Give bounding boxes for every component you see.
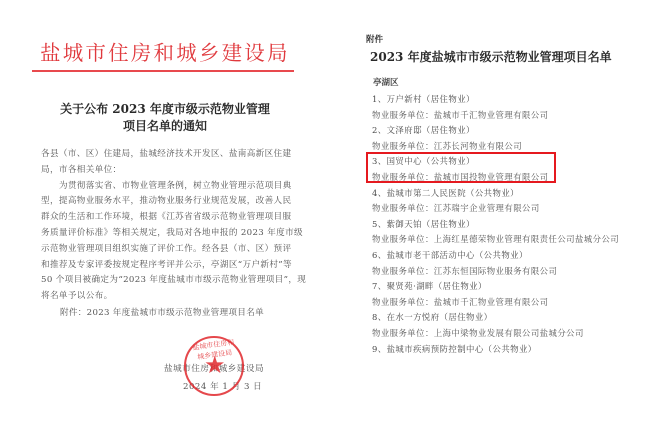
body-line: 各县（市、区）住建局，盐城经济技术开发区、盐南高新区住建 [41, 147, 286, 163]
annex-label: 附件 [366, 33, 383, 45]
seal-star-icon: ★ [204, 353, 226, 377]
project-list: 1、万户新村（居住物业） 物业服务单位：盐城市千汇物业管理有限公司 2、文泽府邸… [372, 92, 642, 357]
body-line: 50 个项目被确定为“2023 年度盐城市市级示范物业管理项目”，现 [41, 273, 286, 289]
body-line: 和推荐及专家评委按规定程序考评并公示，亭湖区“万户新村”等 [41, 258, 286, 274]
body-line: 群众的生活和工作环境，根据《江苏省省级示范物业管理项目服 [41, 210, 286, 226]
project-item: 1、万户新村（居住物业） [372, 92, 642, 108]
body-line: 将名单予以公布。 [41, 289, 286, 305]
body-line: 型，提高物业服务水平，推动物业服务行业规范发展，改善人民 [41, 194, 286, 210]
project-item: 6、盐城市老干部活动中心（公共物业） [372, 248, 642, 264]
district-heading: 亭湖区 [373, 76, 399, 88]
project-item: 9、盐城市疾病预防控制中心（公共物业） [372, 342, 642, 358]
project-item: 8、在水一方悦府（居住物业） [372, 310, 642, 326]
notice-title-line-2: 项目名单的通知 [30, 118, 300, 135]
project-item: 7、聚贤苑·湖畔（居住物业） [372, 279, 642, 295]
service-unit: 物业服务单位：江苏东恒国际物业服务有限公司 [372, 264, 642, 280]
body-line: 局，市各相关单位： [41, 163, 286, 179]
service-unit: 物业服务单位：盐城市千汇物业管理有限公司 [372, 108, 642, 124]
notice-title-line-1: 关于公布 2023 年度市级示范物业管理 [30, 101, 300, 118]
letterhead-red-rule [32, 70, 294, 72]
list-title: 2023 年度盐城市市级示范物业管理项目名单 [370, 48, 612, 65]
service-unit: 物业服务单位：上海红星德荣物业管理有限责任公司盐城分公司 [372, 232, 642, 248]
highlight-box [366, 152, 556, 183]
project-item: 2、文泽府邸（居住物业） [372, 123, 642, 139]
service-unit: 物业服务单位：江苏瑞宇企业管理有限公司 [372, 201, 642, 217]
body-line: 为贯彻落实省、市物业管理条例，树立物业管理示范项目典 [41, 179, 286, 195]
project-item: 4、盐城市第二人民医院（公共物业） [372, 186, 642, 202]
body-line: 务质量评价标准》等相关规定，我局对各地申报的 2023 年度市级 [41, 226, 286, 242]
body-line: 示范物业管理项目组织实施了评价工作。经各县（市、区）预评 [41, 242, 286, 258]
service-unit: 物业服务单位：上海中梁物业发展有限公司盐城分公司 [372, 326, 642, 342]
service-unit: 物业服务单位：盐城市千汇物业管理有限公司 [372, 295, 642, 311]
notice-body: 各县（市、区）住建局，盐城经济技术开发区、盐南高新区住建 局，市各相关单位： 为… [41, 147, 286, 305]
official-seal: 盐城市住房和城乡建设局 ★ [184, 336, 244, 396]
letterhead: 盐城市住房和城乡建设局 [40, 36, 290, 66]
project-item: 5、紫御天铂（居住物业） [372, 217, 642, 233]
attachment-note: 附件：2023 年度盐城市市级示范物业管理项目名单 [60, 306, 264, 318]
